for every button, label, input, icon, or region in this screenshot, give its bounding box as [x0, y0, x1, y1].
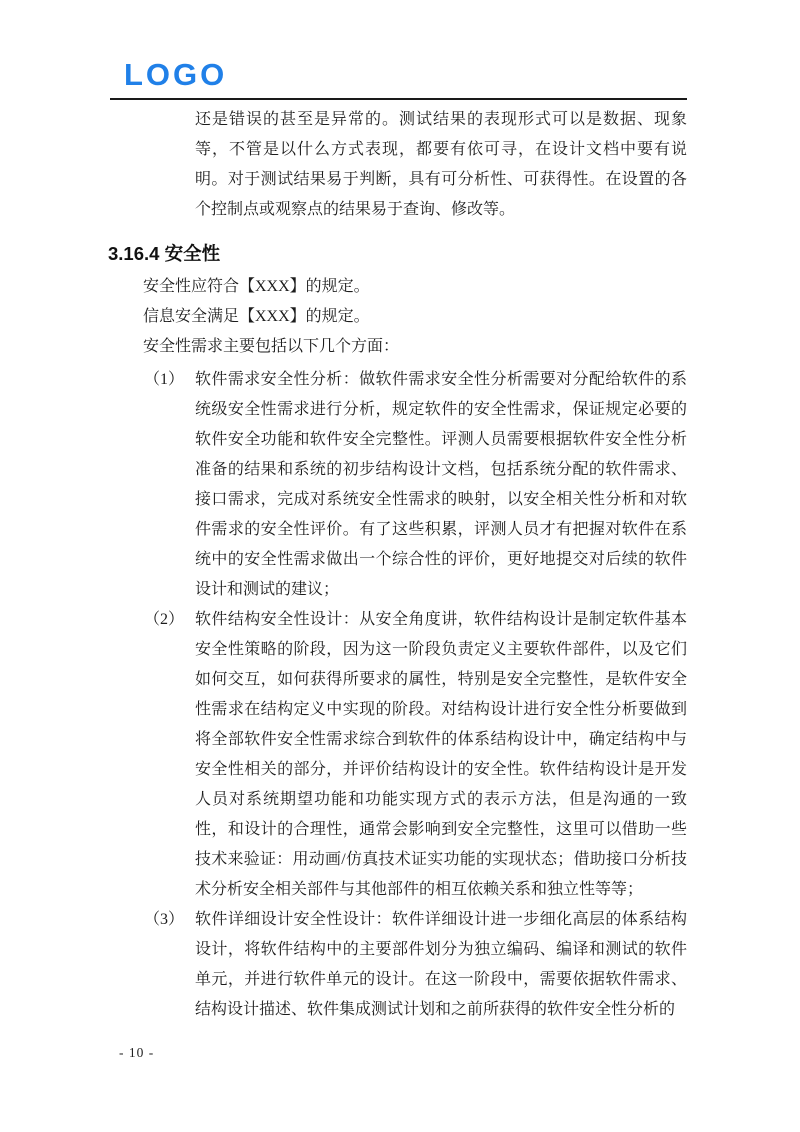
page-number: - 10 - [119, 1044, 154, 1062]
list-item: （3） 软件详细设计安全性设计：软件详细设计进一步细化高层的体系结构设计，将软件… [144, 905, 687, 1025]
document-body: 还是错误的甚至是异常的。测试结果的表现形式可以是数据、现象等，不管是以什么方式表… [108, 105, 687, 1025]
list-item-text: 软件需求安全性分析：做软件需求安全性分析需要对分配给软件的系统级安全性需求进行分… [195, 365, 687, 605]
list-item-number: （3） [144, 905, 195, 1025]
list-item: （2） 软件结构安全性设计：从安全角度讲，软件结构设计是制定软件基本安全性策略的… [144, 605, 687, 905]
body-paragraph: 安全性需求主要包括以下几个方面： [143, 332, 687, 362]
header-rule [110, 98, 687, 100]
list-item: （1） 软件需求安全性分析：做软件需求安全性分析需要对分配给软件的系统级安全性需… [144, 365, 687, 605]
numbered-list: （1） 软件需求安全性分析：做软件需求安全性分析需要对分配给软件的系统级安全性需… [108, 365, 687, 1025]
section-heading: 3.16.4 安全性 [108, 241, 687, 267]
continuation-paragraph: 还是错误的甚至是异常的。测试结果的表现形式可以是数据、现象等，不管是以什么方式表… [195, 105, 687, 225]
company-logo: LOGO [124, 58, 227, 92]
list-item-text: 软件结构安全性设计：从安全角度讲，软件结构设计是制定软件基本安全性策略的阶段，因… [195, 605, 687, 905]
list-item-number: （2） [144, 605, 195, 905]
list-item-number: （1） [144, 365, 195, 605]
list-item-text: 软件详细设计安全性设计：软件详细设计进一步细化高层的体系结构设计，将软件结构中的… [195, 905, 687, 1025]
body-paragraph: 信息安全满足【XXX】的规定。 [143, 302, 687, 332]
body-paragraph: 安全性应符合【XXX】的规定。 [143, 272, 687, 302]
